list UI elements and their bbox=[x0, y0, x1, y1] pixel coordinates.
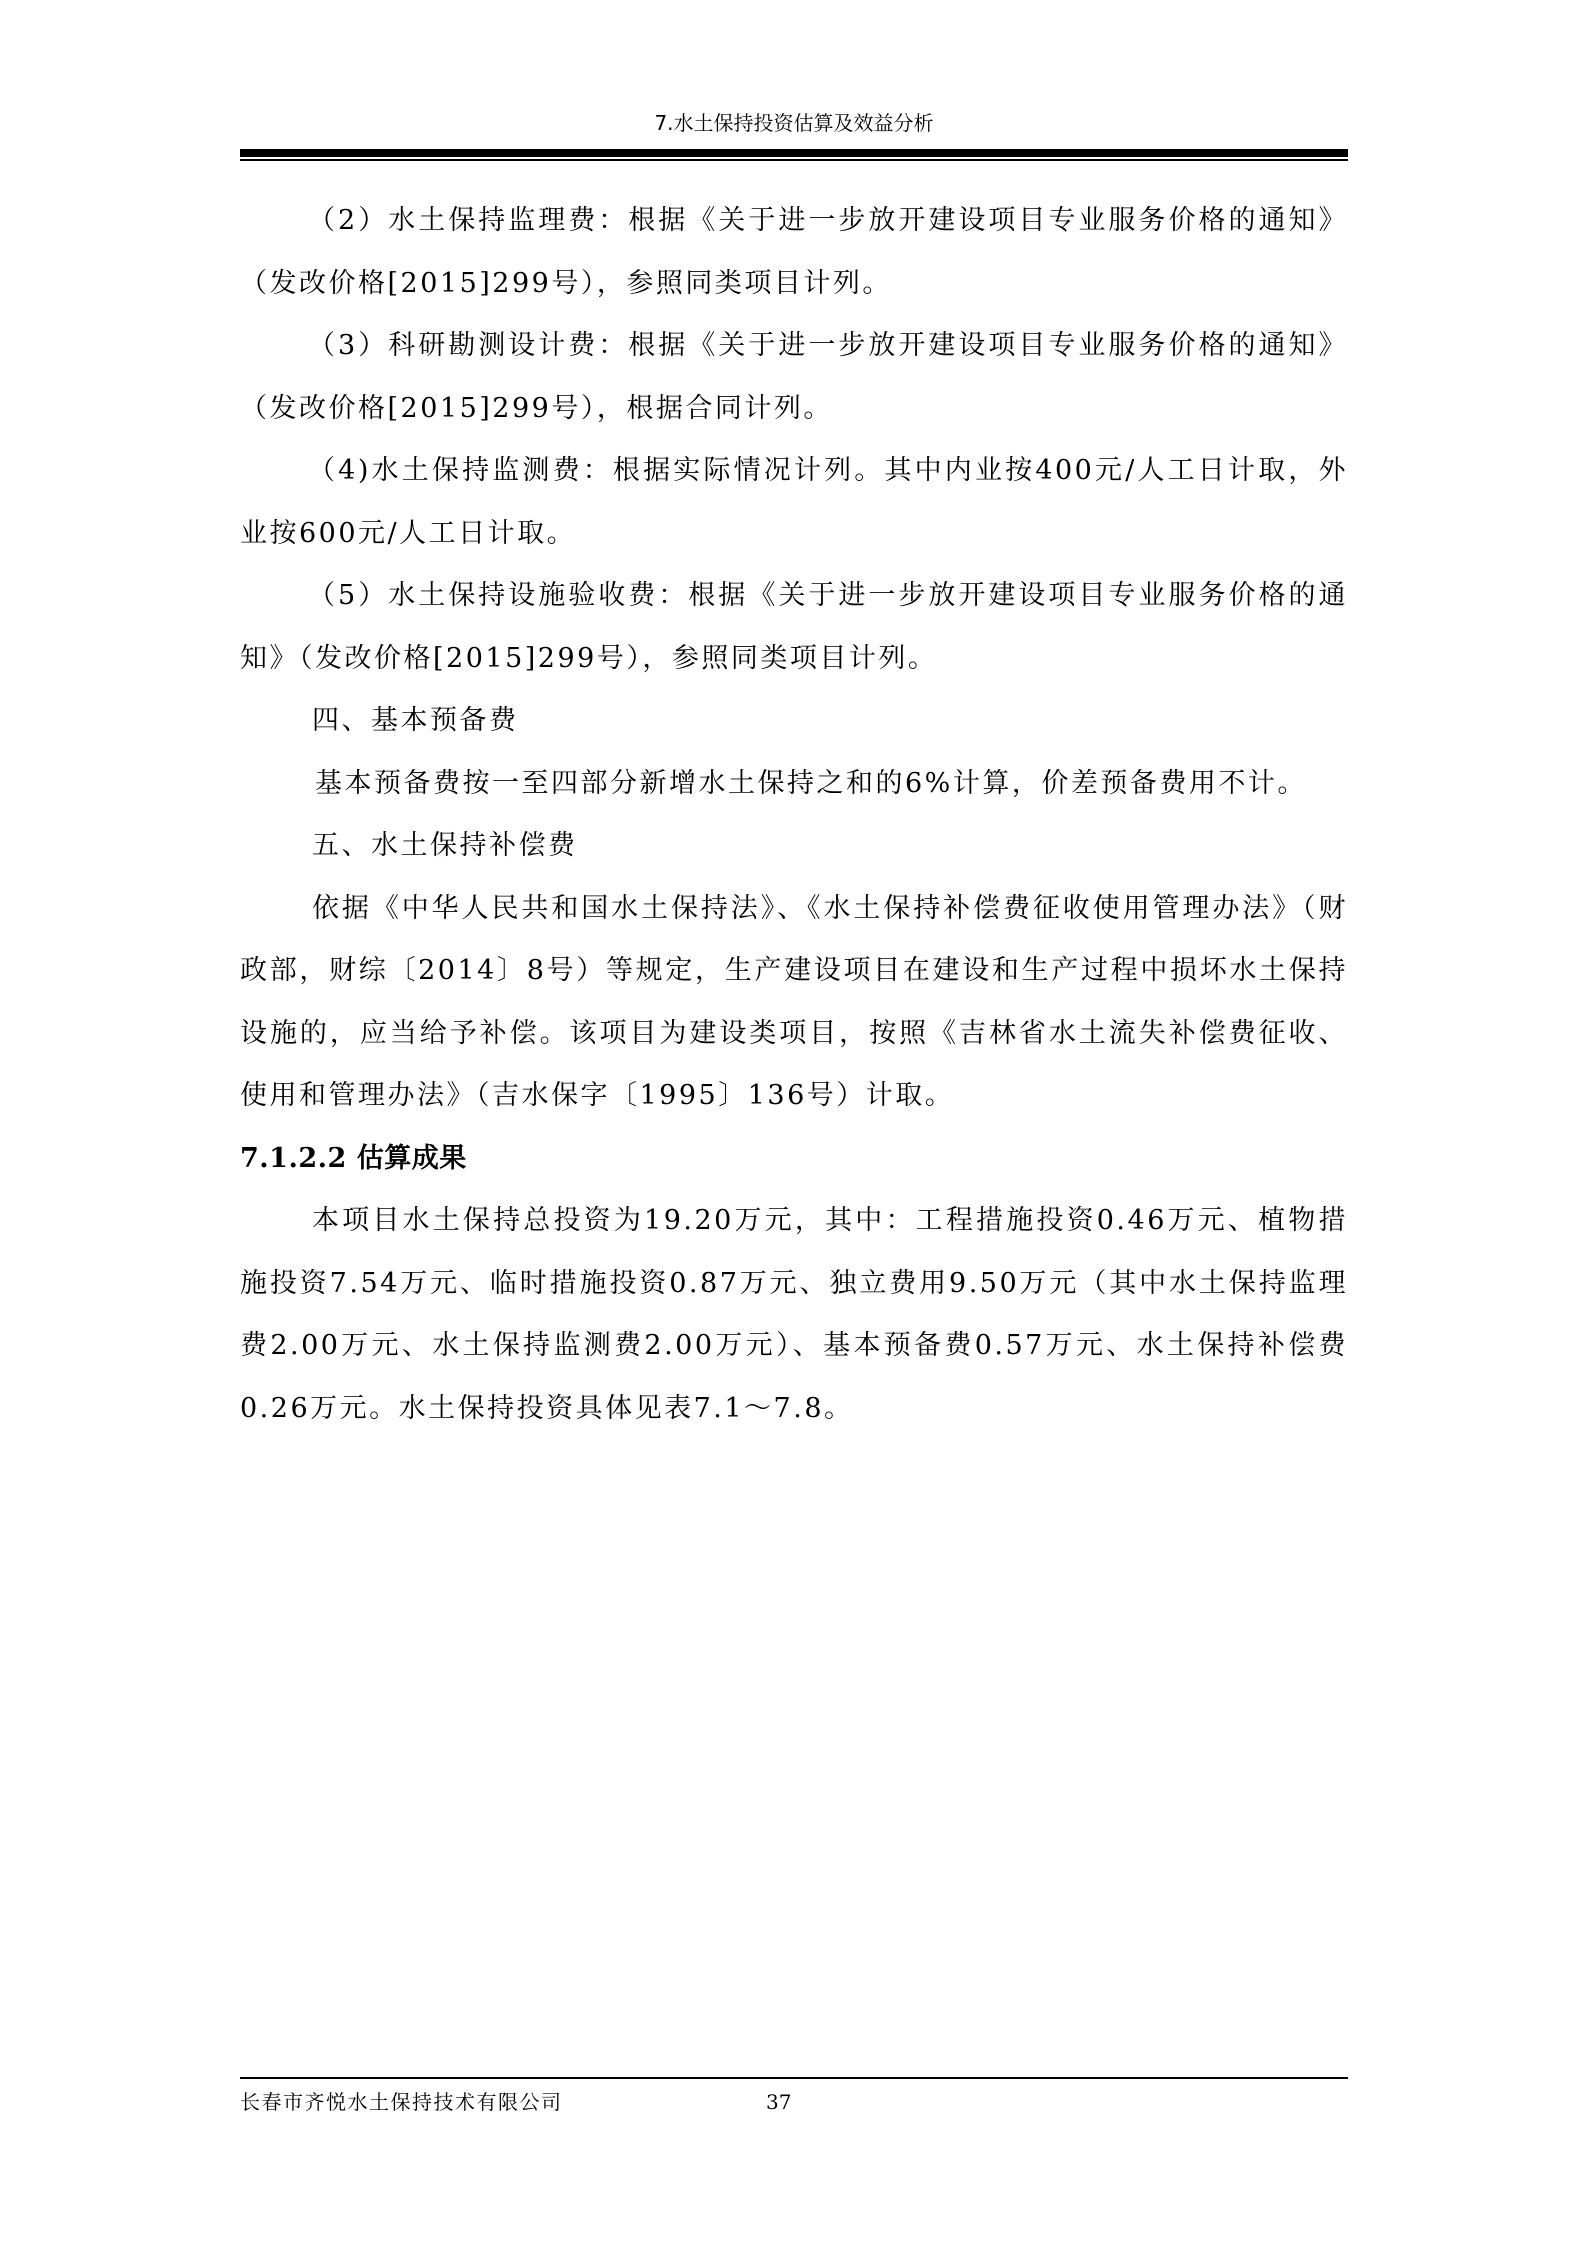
paragraph-acceptance-fee: （5）水土保持设施验收费：根据《关于进一步放开建设项目专业服务价格的通知》（发改… bbox=[240, 565, 1348, 690]
page-header: 7.水土保持投资估算及效益分析 bbox=[240, 110, 1348, 136]
company-name: 长春市齐悦水土保持技术有限公司 bbox=[240, 2089, 563, 2115]
heading-basic-reserve: 四、基本预备费 bbox=[240, 690, 1348, 753]
section-heading-estimate-results: 7.1.2.2 估算成果 bbox=[240, 1128, 1348, 1191]
paragraph-estimate-summary: 本项目水土保持总投资为19.20万元，其中：工程措施投资0.46万元、植物措施投… bbox=[240, 1190, 1348, 1440]
paragraph-supervision-fee: （2）水土保持监理费：根据《关于进一步放开建设项目专业服务价格的通知》（发改价格… bbox=[240, 190, 1348, 315]
page-number: 37 bbox=[766, 2089, 791, 2115]
page-body: （2）水土保持监理费：根据《关于进一步放开建设项目专业服务价格的通知》（发改价格… bbox=[240, 190, 1348, 1440]
chapter-title: 7.水土保持投资估算及效益分析 bbox=[240, 110, 1348, 136]
footer-rule bbox=[240, 2077, 1348, 2079]
header-rule-thin bbox=[240, 159, 1348, 161]
paragraph-compensation-fee: 依据《中华人民共和国水土保持法》、《水土保持补偿费征收使用管理办法》（财政部，财… bbox=[240, 878, 1348, 1128]
paragraph-monitoring-fee: （4)水土保持监测费：根据实际情况计列。其中内业按400元/人工日计取，外业按6… bbox=[240, 440, 1348, 565]
heading-compensation-fee: 五、水土保持补偿费 bbox=[240, 815, 1348, 878]
document-page: 7.水土保持投资估算及效益分析 （2）水土保持监理费：根据《关于进一步放开建设项… bbox=[0, 0, 1587, 2245]
header-rule-thick bbox=[240, 149, 1348, 157]
paragraph-survey-design-fee: （3）科研勘测设计费：根据《关于进一步放开建设项目专业服务价格的通知》（发改价格… bbox=[240, 315, 1348, 440]
paragraph-basic-reserve: 基本预备费按一至四部分新增水土保持之和的6%计算，价差预备费用不计。 bbox=[240, 753, 1348, 816]
